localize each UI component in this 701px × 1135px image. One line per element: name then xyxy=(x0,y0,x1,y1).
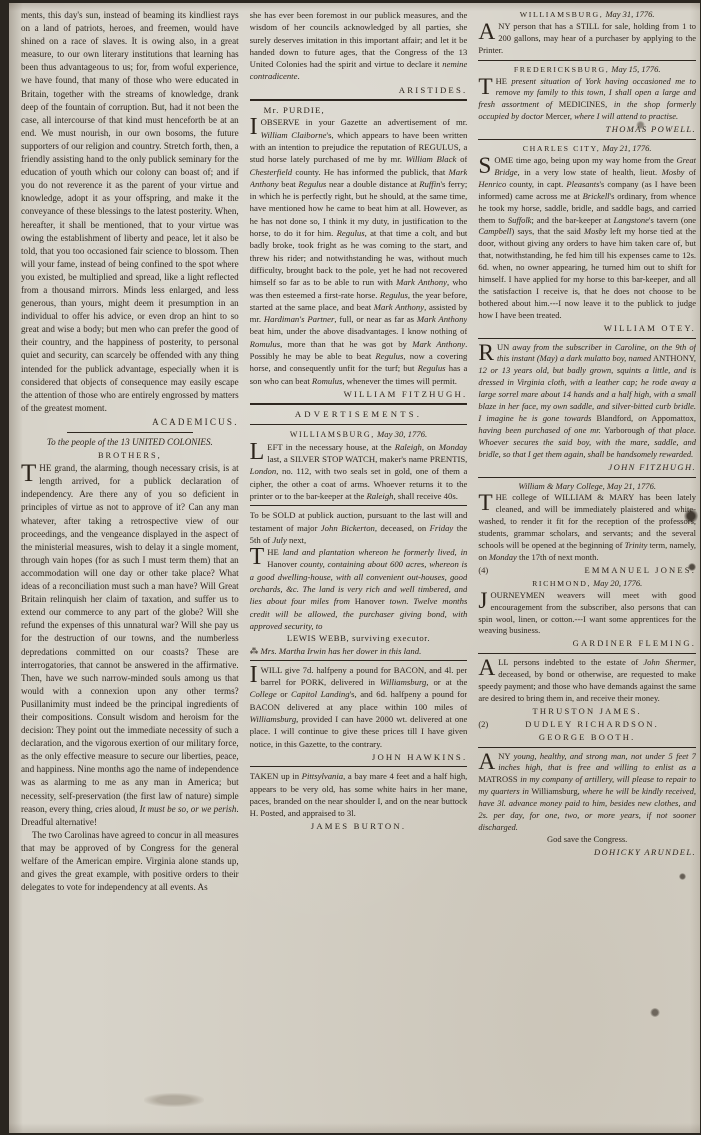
dateline-richmond: RICHMOND, May 20, 1776. xyxy=(478,578,696,590)
dateline-williamsburg-may30: WILLIAMSBURG, May 30, 1776. xyxy=(250,428,468,441)
dateline-date: May 30, 1776. xyxy=(377,429,427,439)
ad-number: (2) xyxy=(478,719,488,731)
drop-cap: T xyxy=(21,462,39,484)
signature-fitzhugh: WILLIAM FITZHUGH. xyxy=(250,388,468,400)
dateline-date: May 21, 1776. xyxy=(602,143,651,153)
dateline-date: May 15, 1776. xyxy=(611,64,660,74)
dateline-charles-city: CHARLES CITY, May 21, 1776. xyxy=(478,143,696,155)
hanover-land-ad: THE land and plantation whereon he forme… xyxy=(250,546,468,632)
salutation-purdie: Mr. PURDIE, xyxy=(250,104,468,116)
carolinas-paragraph: The two Carolinas have agreed to concur … xyxy=(21,829,239,894)
signature-john-fitzhugh: JOHN FITZHUGH. xyxy=(478,462,696,474)
bacon-pork-ad: IWILL give 7d. halfpeny a pound for BACO… xyxy=(250,664,468,750)
dower-note: ⁂ Mrs. Martha Irwin has her dower in thi… xyxy=(250,645,468,657)
dateline-date: May 20, 1776. xyxy=(593,578,642,588)
estate-notice: ALL persons indebted to the estate of Jo… xyxy=(478,657,696,705)
signature-academicus: ACADEMICUS. xyxy=(21,416,239,429)
section-divider xyxy=(250,403,468,405)
column: ments, this day's sun, instead of beamin… xyxy=(21,8,239,1129)
dateline-wm-college: William & Mary College, May 21, 1776. xyxy=(478,481,696,493)
signature-hawkins: JOHN HAWKINS. xyxy=(250,751,468,763)
dateline-date: May 31, 1776. xyxy=(605,9,654,19)
watch-ad: LEFT in the necessary house, at the Rale… xyxy=(250,441,468,502)
article-divider xyxy=(478,60,696,61)
essay-continuation-2: she has ever been foremost in our public… xyxy=(250,9,468,83)
signature-otey: WILLIAM OTEY. xyxy=(478,323,696,335)
ad-number: (4) xyxy=(478,565,488,577)
signature-burton: JAMES BURTON. xyxy=(250,820,468,832)
newspaper-page: ments, this day's sun, instead of beamin… xyxy=(9,3,700,1133)
drop-cap: L xyxy=(250,441,268,462)
college-notice: THE college of WILLIAM & MARY has been l… xyxy=(478,492,696,563)
article-divider xyxy=(250,766,468,767)
signature-powell: THOMAS POWELL. xyxy=(478,124,696,136)
runaway-ad: RUN away from the subscriber in Caroline… xyxy=(478,342,696,461)
matross-recruiting-ad: ANY young, healthy, and strong man, not … xyxy=(478,751,696,834)
advertisements-heading: ADVERTISEMENTS. xyxy=(250,408,468,420)
independency-essay: THE grand, the alarming, though necessar… xyxy=(21,462,239,829)
regulus-letter: IOBSERVE in your Gazette an advertisemen… xyxy=(250,116,468,387)
auction-notice-intro: To be SOLD at publick auction, pursuant … xyxy=(250,509,468,546)
weavers-ad: JOURNEYMEN weavers will meet with good e… xyxy=(478,590,696,638)
horse-complaint-letter: SOME time ago, being upon my way home fr… xyxy=(478,155,696,322)
column-layout: ments, this day's sun, instead of beamin… xyxy=(21,8,696,1129)
drop-cap: T xyxy=(250,546,268,567)
dateline-city: RICHMOND, xyxy=(532,579,591,588)
article-divider xyxy=(478,653,696,654)
signature-fleming: GARDINER FLEMING. xyxy=(478,638,696,650)
article-divider xyxy=(478,747,696,748)
drop-cap: T xyxy=(478,76,495,97)
drop-cap: A xyxy=(478,657,498,678)
article-divider xyxy=(478,477,696,478)
signature-aristides: ARISTIDES. xyxy=(250,84,468,96)
drop-cap: R xyxy=(478,342,497,363)
still-wanted-ad: ANY person that has a STILL for sale, ho… xyxy=(478,21,696,57)
essay-continuation: ments, this day's sun, instead of beamin… xyxy=(21,9,239,415)
god-save-congress-line: God save the Congress. xyxy=(478,834,696,846)
stray-mare-ad: TAKEN up in Pittsylvania, a bay mare 4 f… xyxy=(250,770,468,819)
column: WILLIAMSBURG, May 31, 1776.ANY person th… xyxy=(478,8,696,1129)
article-divider xyxy=(250,660,468,661)
dateline-date: William & Mary College, May 21, 1776. xyxy=(518,481,656,491)
dateline-williamsburg-may31: WILLIAMSBURG, May 31, 1776. xyxy=(478,9,696,21)
drop-cap: A xyxy=(478,751,498,772)
drop-cap: S xyxy=(478,155,494,176)
drop-cap: T xyxy=(478,492,495,513)
article-divider xyxy=(250,99,468,101)
signature-richardson: (2)DUDLEY RICHARDSON. xyxy=(478,719,696,731)
dateline-city: WILLIAMSBURG, xyxy=(520,10,604,19)
medicines-ad: THE present situation of York having occ… xyxy=(478,76,696,124)
column: she has ever been foremost in our public… xyxy=(250,8,468,1129)
article-divider xyxy=(478,338,696,339)
drop-cap: I xyxy=(250,116,261,137)
executor-line: LEWIS WEBB, surviving executor. xyxy=(250,632,468,644)
drop-cap: A xyxy=(478,21,498,42)
salutation-brothers: BROTHERS, xyxy=(21,449,239,462)
dateline-city: CHARLES CITY, xyxy=(523,144,601,153)
drop-cap: J xyxy=(478,590,490,611)
dateline-fredericksburg: FREDERICKSBURG, May 15, 1776. xyxy=(478,64,696,76)
signature-arundel: DOHICKY ARUNDEL. xyxy=(478,847,696,859)
signature-booth: GEORGE BOOTH. xyxy=(478,732,696,744)
section-divider xyxy=(250,424,468,425)
dateline-city: FREDERICKSBURG, xyxy=(514,65,609,74)
dateline-city: WILLIAMSBURG, xyxy=(290,430,375,439)
drop-cap: I xyxy=(250,664,261,685)
signature-jones: (4)EMMANUEL JONES. xyxy=(478,565,696,577)
article-divider xyxy=(478,139,696,140)
address-line: To the people of the 13 UNITED COLONIES. xyxy=(21,436,239,449)
signature-thruston-james: THRUSTON JAMES. xyxy=(478,706,696,718)
article-divider xyxy=(67,432,193,433)
article-divider xyxy=(250,505,468,506)
